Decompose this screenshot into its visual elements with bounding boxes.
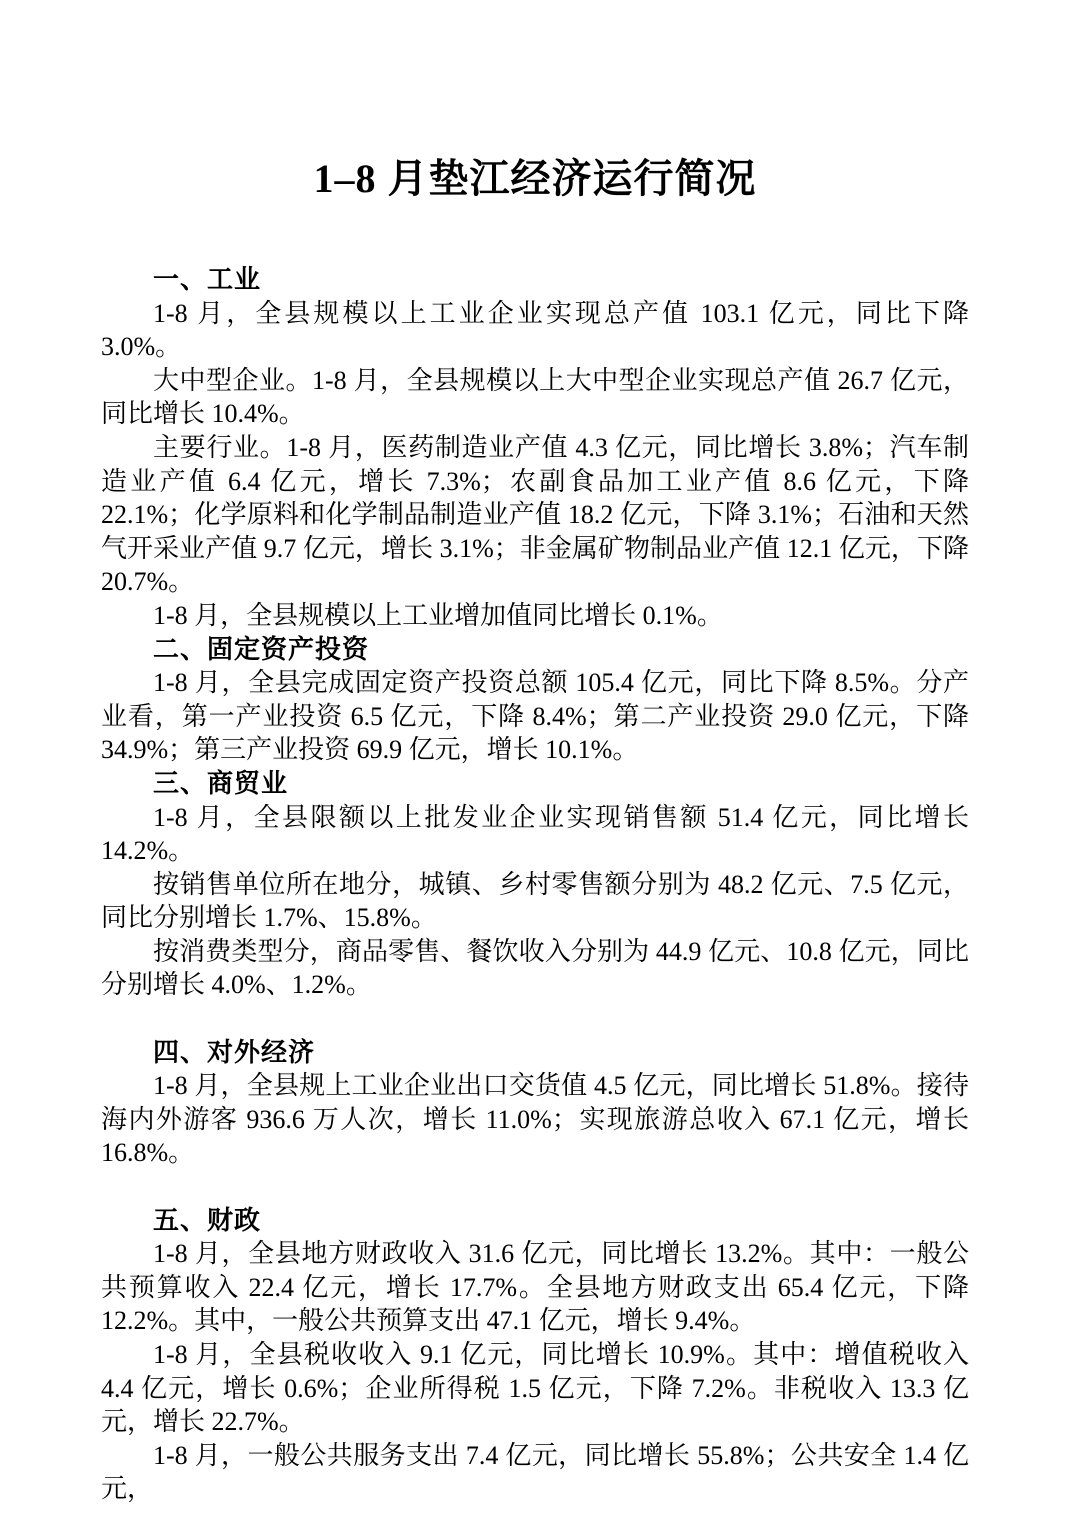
section-heading: 一、工业	[101, 263, 969, 297]
paragraph: 1-8 月，全县完成固定资产投资总额 105.4 亿元，同比下降 8.5%。分产…	[101, 666, 969, 767]
paragraph: 主要行业。1-8 月，医药制造业产值 4.3 亿元，同比增长 3.8%；汽车制造…	[101, 431, 969, 599]
document-body: 一、工业1-8 月，全县规模以上工业企业实现总产值 103.1 亿元，同比下降 …	[101, 263, 969, 1506]
section-heading: 二、固定资产投资	[101, 633, 969, 667]
paragraph: 按消费类型分，商品零售、餐饮收入分别为 44.9 亿元、10.8 亿元，同比分别…	[101, 935, 969, 1002]
blank-line	[101, 1002, 969, 1036]
paragraph: 1-8 月，全县规上工业企业出口交货值 4.5 亿元，同比增长 51.8%。接待…	[101, 1069, 969, 1170]
paragraph: 1-8 月，全县规模以上工业企业实现总产值 103.1 亿元，同比下降 3.0%…	[101, 297, 969, 364]
paragraph: 1-8 月，全县限额以上批发业企业实现销售额 51.4 亿元，同比增长 14.2…	[101, 801, 969, 868]
paragraph: 1-8 月，全县地方财政收入 31.6 亿元，同比增长 13.2%。其中：一般公…	[101, 1237, 969, 1338]
document-page: 1–8 月垫江经济运行简况 一、工业1-8 月，全县规模以上工业企业实现总产值 …	[0, 0, 1069, 1514]
paragraph: 1-8 月，全县税收收入 9.1 亿元，同比增长 10.9%。其中：增值税收入 …	[101, 1338, 969, 1439]
paragraph: 大中型企业。1-8 月，全县规模以上大中型企业实现总产值 26.7 亿元，同比增…	[101, 364, 969, 431]
section-heading: 三、商贸业	[101, 767, 969, 801]
paragraph: 1-8 月，一般公共服务支出 7.4 亿元，同比增长 55.8%；公共安全 1.…	[101, 1439, 969, 1506]
paragraph: 按销售单位所在地分，城镇、乡村零售额分别为 48.2 亿元、7.5 亿元，同比分…	[101, 868, 969, 935]
paragraph: 1-8 月，全县规模以上工业增加值同比增长 0.1%。	[101, 599, 969, 633]
blank-line	[101, 1170, 969, 1204]
document-title: 1–8 月垫江经济运行简况	[101, 155, 969, 203]
section-heading: 五、财政	[101, 1204, 969, 1238]
section-heading: 四、对外经济	[101, 1036, 969, 1070]
